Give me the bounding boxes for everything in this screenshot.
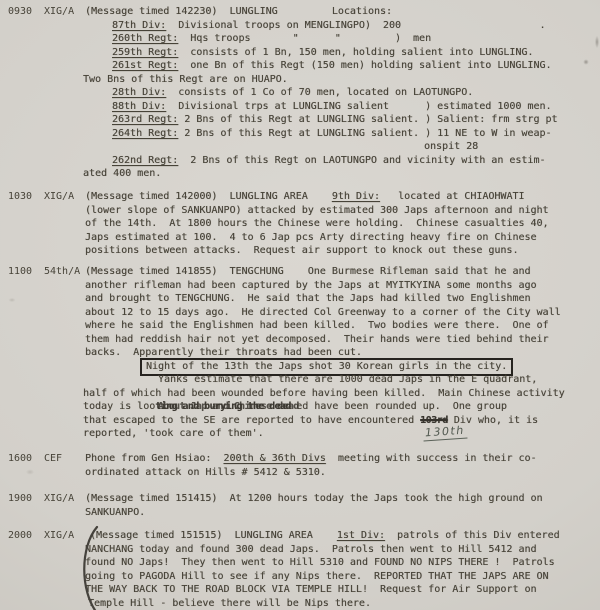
- text-run: located at CHIAOHWATI: [380, 191, 525, 202]
- entry-line: them had reddish hair not yet decomposed…: [0, 333, 600, 347]
- text-run: onspit 28: [424, 141, 478, 152]
- log-entry: 1900XIG/A(Message timed 151415) At 1200 …: [0, 492, 600, 519]
- text-run: SANKUANPO.: [85, 507, 145, 518]
- text-run: half of which had been wounded before ha…: [83, 388, 565, 399]
- text-run: Divisional trps at LUNGLING salient ) es…: [166, 101, 551, 112]
- text-run: Divisional troops on MENGLINGPO) 200 .: [166, 20, 545, 31]
- unit-designation: 264th Regt:: [112, 128, 178, 139]
- entry-line: 88th Div: Divisional trps at LUNGLING sa…: [0, 100, 600, 114]
- log-entry: 1030XIG/A(Message timed 142000) LUNGLING…: [0, 190, 600, 258]
- entry-line: about 12 to 15 days ago. He directed Col…: [0, 306, 600, 320]
- text-run: consists of 1 Bn, 150 men, holding salie…: [178, 47, 533, 58]
- entry-line: 260th Regt: Hqs troops " " ) men: [0, 32, 600, 46]
- entry-line: Phone from Gen Hsiao: 200th & 36th Divs …: [0, 452, 600, 466]
- entry-line: today is looting and burying the deadAbo…: [0, 400, 600, 414]
- log-entry: 1600CEFPhone from Gen Hsiao: 200th & 36t…: [0, 452, 600, 479]
- text-run: Japs estimated at 100. 4 to 6 Jap pcs Ar…: [85, 232, 537, 243]
- entry-line: SANKUANPO.: [0, 506, 600, 520]
- entry-line: positions between attacks. Request air s…: [0, 244, 600, 258]
- text-run: 2 Bns of this Regt at LUNGLING salient. …: [178, 128, 551, 139]
- text-run: Phone from Gen Hsiao:: [85, 453, 223, 464]
- log-entry: 0930XIG/A(Message timed 142230) LUNGLING…: [0, 5, 600, 181]
- text-run: NANCHANG today and found 300 dead Japs. …: [85, 544, 537, 555]
- text-run: backs. Apparently their throats had been…: [85, 347, 362, 358]
- text-run: Temple Hill - believe there will be Nips…: [88, 598, 371, 609]
- text-run: (Message timed 151415) At 1200 hours tod…: [85, 493, 543, 504]
- text-run: that escaped to the SE are reported to h…: [83, 415, 420, 426]
- entry-line: ordinated attack on Hills # 5412 & 5310.: [0, 466, 600, 480]
- entry-line: Japs estimated at 100. 4 to 6 Jap pcs Ar…: [0, 231, 600, 245]
- text-run: going to PAGODA Hill to see if any Nips …: [85, 571, 549, 582]
- entry-line: onspit 28: [0, 140, 600, 154]
- text-run: consists of 1 Co of 70 men, located on L…: [166, 87, 473, 98]
- text-run: one Bn of this Regt (150 men) holding sa…: [178, 60, 551, 71]
- entry-line: (Message timed 142000) LUNGLING AREA 9th…: [0, 190, 600, 204]
- text-run: today is loo: [83, 401, 155, 412]
- text-run: (Message timed 142000) LUNGLING AREA: [85, 191, 332, 202]
- text-run: (Message timed 142230) LUNGLING Location…: [85, 6, 392, 17]
- unit-designation: 200th & 36th Divs: [223, 453, 325, 464]
- text-run: found NO Japs! They then went to Hill 53…: [85, 557, 555, 568]
- text-run: ated 400 men.: [83, 168, 161, 179]
- struck-out-text: 103rd: [420, 415, 448, 426]
- unit-designation: 261st Regt:: [112, 60, 178, 71]
- entry-line: of the 14th. At 1800 hours the Chinese w…: [0, 217, 600, 231]
- entry-line: half of which had been wounded before ha…: [0, 387, 600, 401]
- entry-line: that escaped to the SE are reported to h…: [0, 414, 600, 428]
- handwritten-paren-icon: [76, 525, 100, 610]
- text-run: another rifleman had been captured by th…: [85, 280, 537, 291]
- overstrike-layer-2: About Jap and Chinese dead: [158, 400, 299, 414]
- entry-line: (Message timed 141855) TENGCHUNG One Bur…: [0, 265, 600, 279]
- log-entry: 110054th/A(Message timed 141855) TENGCHU…: [0, 265, 600, 441]
- entry-line: another rifleman had been captured by th…: [0, 279, 600, 293]
- entry-line: 28th Div: consists of 1 Co of 70 men, lo…: [0, 86, 600, 100]
- text-run: reported, 'took care of them'.: [83, 428, 264, 439]
- text-run: meeting with success in their co-: [326, 453, 537, 464]
- unit-designation: 87th Div:: [112, 20, 166, 31]
- text-run: and brought to TENGCHUNG. He said that t…: [85, 293, 531, 304]
- scanned-document-page: 0930XIG/A(Message timed 142230) LUNGLING…: [0, 0, 600, 610]
- text-run: them had reddish hair not yet decomposed…: [85, 334, 549, 345]
- text-run: Hqs troops " " ) men: [178, 33, 431, 44]
- text-run: Yanks estimate that there are 1000 dead …: [158, 374, 537, 385]
- unit-designation: 28th Div:: [112, 87, 166, 98]
- unit-designation: 1st Div:: [337, 530, 385, 541]
- entry-line: 263rd Regt: 2 Bns of this Regt at LUNGLI…: [0, 113, 600, 127]
- unit-designation: 88th Div:: [112, 101, 166, 112]
- text-run: positions between attacks. Request air s…: [85, 245, 518, 256]
- entry-line: 261st Regt: one Bn of this Regt (150 men…: [0, 59, 600, 73]
- entry-line: (lower slope of SANKUANPO) attacked by e…: [0, 204, 600, 218]
- unit-designation: 259th Regt:: [112, 47, 178, 58]
- entry-line: Two Bns of this Regt are on HUAPO.: [0, 73, 600, 87]
- text-run: patrols of this Div entered: [385, 530, 560, 541]
- unit-designation: 263rd Regt:: [112, 114, 178, 125]
- log-entry: 2000XIG/A(Message timed 151515) LUNGLING…: [0, 529, 600, 610]
- text-run: 2 Bns of this Regt on LAOTUNGPO and vici…: [178, 155, 545, 166]
- entry-line: (Message timed 151415) At 1200 hours tod…: [0, 492, 600, 506]
- text-run: where he said the Englishmen had been ki…: [85, 320, 549, 331]
- text-run: of the 14th. At 1800 hours the Chinese w…: [85, 218, 549, 229]
- unit-designation: 9th Div:: [332, 191, 380, 202]
- entry-line: and brought to TENGCHUNG. He said that t…: [0, 292, 600, 306]
- entry-line: 259th Regt: consists of 1 Bn, 150 men, h…: [0, 46, 600, 60]
- text-run: THE WAY BACK TO THE ROAD BLOCK VIA TEMPL…: [85, 584, 537, 595]
- text-run: about 12 to 15 days ago. He directed Col…: [85, 307, 561, 318]
- text-run: (Message timed 141855) TENGCHUNG One Bur…: [85, 266, 531, 277]
- text-run: ordinated attack on Hills # 5412 & 5310.: [85, 467, 326, 478]
- text-run: Two Bns of this Regt are on HUAPO.: [83, 74, 288, 85]
- entry-line: ated 400 men.: [0, 167, 600, 181]
- entry-line: reported, 'took care of them'.: [0, 427, 600, 441]
- entry-line: 264th Regt: 2 Bns of this Regt at LUNGLI…: [0, 127, 600, 141]
- text-run: 2 Bns of this Regt at LUNGLING salient. …: [178, 114, 557, 125]
- overstruck-text: ting and burying the deadAbout Jap and C…: [155, 400, 296, 414]
- unit-designation: 262nd Regt:: [112, 155, 178, 166]
- entry-line: 87th Div: Divisional troops on MENGLINGP…: [0, 19, 600, 33]
- entry-line: 262nd Regt: 2 Bns of this Regt on LAOTUN…: [0, 154, 600, 168]
- text-run: (Message timed 151515) LUNGLING AREA: [90, 530, 337, 541]
- entry-line: Yanks estimate that there are 1000 dead …: [0, 373, 600, 387]
- unit-designation: 260th Regt:: [112, 33, 178, 44]
- text-run: ed have been rounded up. One group: [296, 401, 507, 412]
- entry-line: Night of the 13th the Japs shot 30 Korea…: [0, 360, 600, 374]
- text-run: (lower slope of SANKUANPO) attacked by e…: [85, 205, 549, 216]
- entry-line: where he said the Englishmen had been ki…: [0, 319, 600, 333]
- entry-line: (Message timed 142230) LUNGLING Location…: [0, 5, 600, 19]
